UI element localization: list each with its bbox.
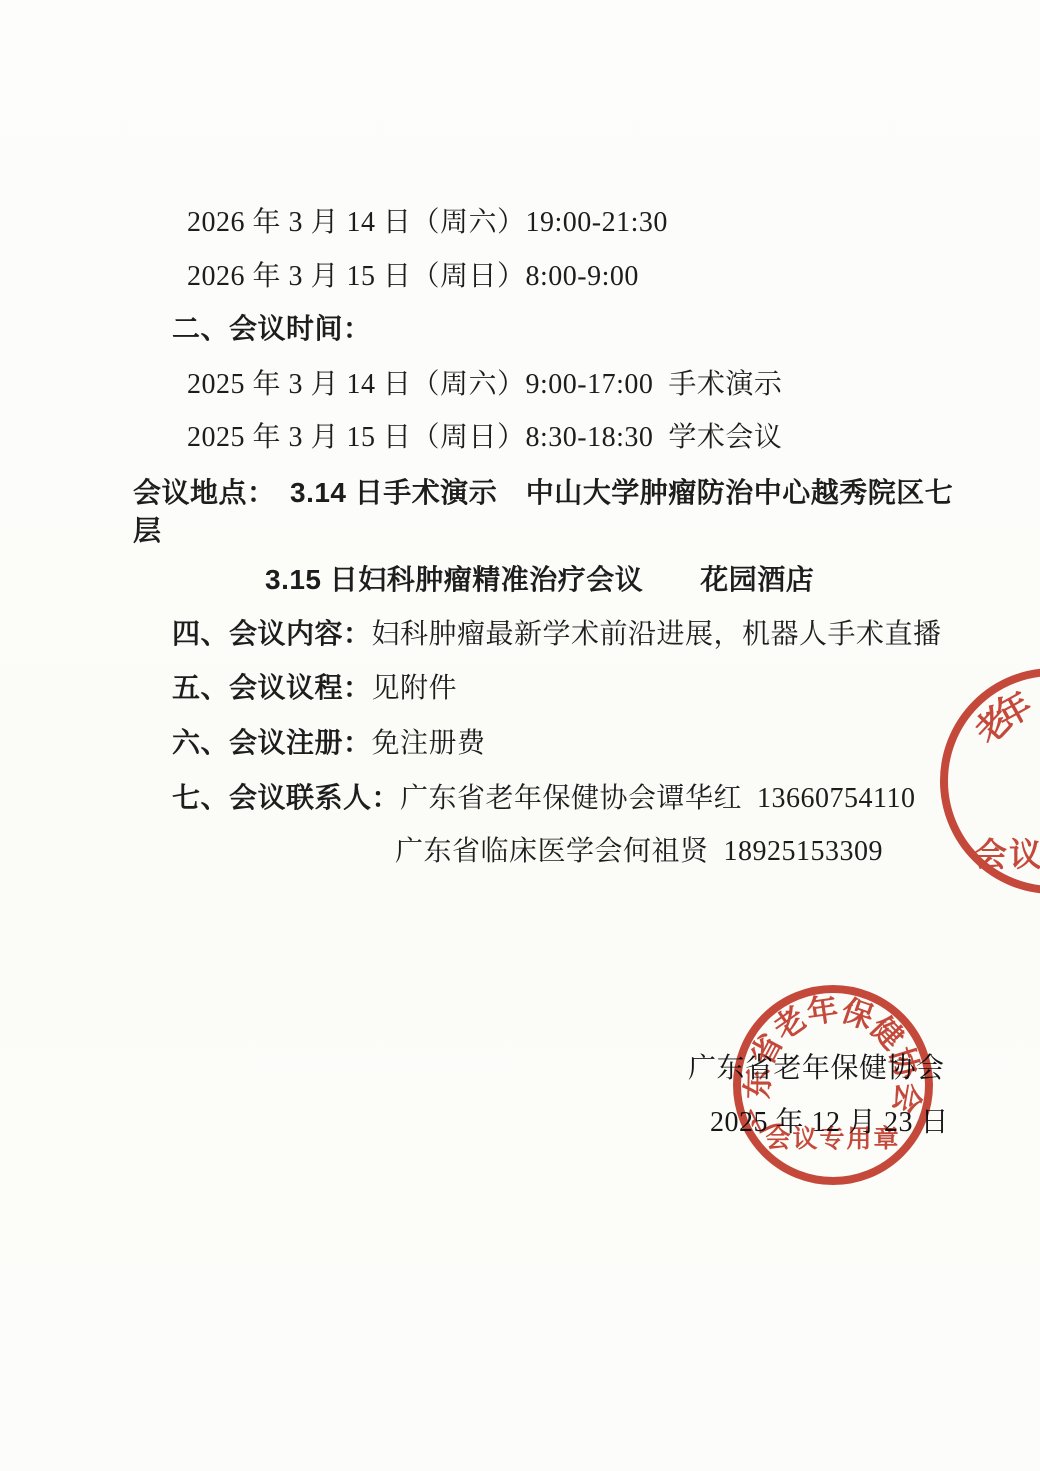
doc-line: 2026 年 3 月 15 日（周日）8:00-9:00 xyxy=(187,260,639,293)
doc-line: 广东省临床医学会何祖贤 18925153309 xyxy=(395,835,883,868)
seal-arc-char: 会 xyxy=(889,1080,925,1116)
line-text: 2025 年 3 月 15 日（周日）8:30-18:30 学术会议 xyxy=(187,422,782,453)
line-label: 七、会议联系人： xyxy=(172,782,400,813)
line-label: 二、会议时间： xyxy=(172,313,372,344)
doc-line: 2025 年 3 月 14 日（周六）9:00-17:00 手术演示 xyxy=(187,368,782,401)
line-text: 妇科肿瘤最新学术前沿进展，机器人手术直播 xyxy=(372,619,942,650)
line-label: 3.15 日妇科肿瘤精准治疗会议 花园酒店 xyxy=(265,564,814,595)
doc-section-heading: 五、会议议程：见附件 xyxy=(172,672,457,705)
round-seal-edge-clipped: 会议专 老年 xyxy=(940,668,1040,894)
doc-line-wrap: 层 xyxy=(133,515,162,548)
doc-section-heading: 四、会议内容：妇科肿瘤最新学术前沿进展，机器人手术直播 xyxy=(172,618,942,651)
line-text: 2026 年 3 月 15 日（周日）8:00-9:00 xyxy=(187,261,639,292)
line-label: 会议地点： 3.14 日手术演示 中山大学肿瘤防治中心越秀院区七 xyxy=(133,477,953,508)
doc-section-heading: 六、会议注册：免注册费 xyxy=(172,727,486,760)
seal-bottom-text: 会议专 xyxy=(974,829,1040,876)
line-text: 免注册费 xyxy=(372,728,486,759)
doc-line: 2025 年 3 月 15 日（周日）8:30-18:30 学术会议 xyxy=(187,421,782,454)
scanned-document-page: 2026 年 3 月 14 日（周六）19:00-21:30 2026 年 3 … xyxy=(0,0,1040,1471)
line-label: 层 xyxy=(133,515,162,546)
seal-arc-char: 东 xyxy=(742,1068,774,1100)
seal-arc-char: 年 xyxy=(805,993,840,1028)
doc-section-heading: 二、会议时间： xyxy=(172,313,372,346)
line-text: 广东省临床医学会何祖贤 18925153309 xyxy=(395,836,883,867)
doc-section-heading: 七、会议联系人：广东省老年保健协会谭华红 13660754110 xyxy=(172,782,915,815)
round-seal-main: 会议专用章 广东省老年保健协会 xyxy=(733,985,933,1185)
doc-line: 3.15 日妇科肿瘤精准治疗会议 花园酒店 xyxy=(265,564,814,597)
line-text: 广东省老年保健协会谭华红 13660754110 xyxy=(400,783,915,814)
line-label: 四、会议内容： xyxy=(172,618,372,649)
doc-section-heading: 会议地点： 3.14 日手术演示 中山大学肿瘤防治中心越秀院区七 xyxy=(133,477,953,510)
line-text: 2026 年 3 月 14 日（周六）19:00-21:30 xyxy=(187,207,668,238)
doc-line: 2026 年 3 月 14 日（周六）19:00-21:30 xyxy=(187,206,668,239)
line-text: 见附件 xyxy=(372,673,458,704)
line-label: 六、会议注册： xyxy=(172,727,372,758)
line-text: 2025 年 3 月 14 日（周六）9:00-17:00 手术演示 xyxy=(187,369,782,400)
line-label: 五、会议议程： xyxy=(172,672,372,703)
